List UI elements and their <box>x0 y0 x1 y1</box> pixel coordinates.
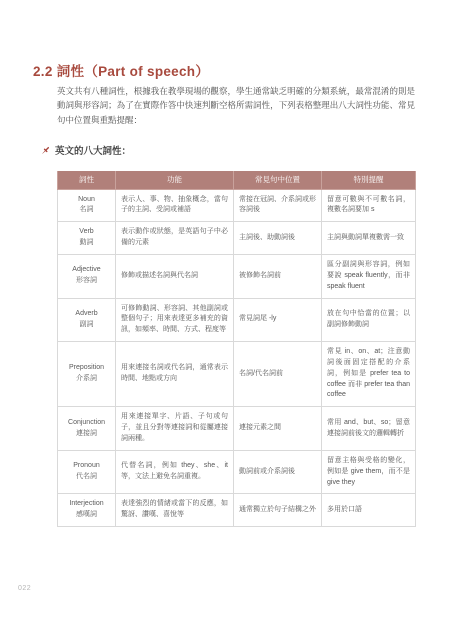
pos-english: Noun <box>60 195 113 206</box>
pos-name-cell: Adjective 形容詞 <box>58 255 116 299</box>
table-row: Interjection 感嘆詞 表達強烈的情緒或當下的反應，如驚訝、讚嘆、喜悅… <box>58 494 416 527</box>
table-row: Preposition 介系詞 用來連接名詞或代名詞，通常表示時間、地點或方向 … <box>58 342 416 407</box>
table-row: Noun 名詞 表示人、事、物、抽象概念，當句子的主詞、受詞或補語 常接在冠詞、… <box>58 189 416 222</box>
table-row: Adjective 形容詞 修飾或描述名詞與代名詞 被修飾名詞前 區分副詞與形容… <box>58 255 416 299</box>
function-cell: 可修飾動詞、形容詞、其他副詞或整個句子；用來表達更多補充的資訊，如頻率、時間、方… <box>116 298 234 342</box>
position-cell: 常接在冠詞、介系詞或形容詞後 <box>234 189 322 222</box>
position-cell: 主詞後、助動詞後 <box>234 222 322 255</box>
reminder-cell: 常用 and、but、so；留意連接詞前後文的邏輯轉折 <box>322 407 416 451</box>
pos-name-cell: Adverb 副詞 <box>58 298 116 342</box>
pos-english: Preposition <box>60 363 113 374</box>
pos-english: Adjective <box>60 265 113 276</box>
column-header-function: 功能 <box>116 171 234 189</box>
pos-chinese: 感嘆詞 <box>60 510 113 521</box>
section-heading: 英文的八大詞性： <box>40 143 131 157</box>
reminder-cell: 區分副詞與形容詞，例如要說 speak fluently，而非 speak fl… <box>322 255 416 299</box>
table-row: Conjunction 連接詞 用來連接單字、片語、子句或句子，並且分對等連接詞… <box>58 407 416 451</box>
reminder-cell: 放在句中恰當的位置；以副詞修飾動詞 <box>322 298 416 342</box>
position-cell: 常見詞尾 -ly <box>234 298 322 342</box>
page-number: 022 <box>18 585 31 592</box>
pos-name-cell: Noun 名詞 <box>58 189 116 222</box>
page-title: 2.2 詞性（Part of speech） <box>33 60 209 80</box>
function-cell: 表示動作或狀態，是英語句子中必備的元素 <box>116 222 234 255</box>
pos-chinese: 形容詞 <box>60 276 113 287</box>
column-header-position: 常見句中位置 <box>234 171 322 189</box>
pos-english: Adverb <box>60 309 113 320</box>
pos-name-cell: Preposition 介系詞 <box>58 342 116 407</box>
column-header-reminder: 特別提醒 <box>322 171 416 189</box>
pos-chinese: 介系詞 <box>60 374 113 385</box>
position-cell: 連接元素之間 <box>234 407 322 451</box>
pos-english: Conjunction <box>60 418 113 429</box>
book-page: 2.2 詞性（Part of speech） 英文共有八種詞性，根據我在教學現場… <box>0 0 450 630</box>
function-cell: 代替名詞，例如 they、she、it 等，文法上避免名詞重複。 <box>116 450 234 494</box>
function-cell: 表示人、事、物、抽象概念，當句子的主詞、受詞或補語 <box>116 189 234 222</box>
pos-name-cell: Verb 動詞 <box>58 222 116 255</box>
pos-chinese: 連接詞 <box>60 429 113 440</box>
reminder-cell: 留意可數與不可數名詞，複數名詞要加 s <box>322 189 416 222</box>
pos-name-cell: Pronoun 代名詞 <box>58 450 116 494</box>
reminder-cell: 主詞與動詞單複數需一致 <box>322 222 416 255</box>
position-cell: 動詞前或介系詞後 <box>234 450 322 494</box>
pin-icon <box>40 145 51 156</box>
function-cell: 用來連接單字、片語、子句或句子，並且分對等連接詞和從屬連接詞兩種。 <box>116 407 234 451</box>
column-header-pos: 詞性 <box>58 171 116 189</box>
position-cell: 通常獨立於句子結構之外 <box>234 494 322 527</box>
table-header-row: 詞性 功能 常見句中位置 特別提醒 <box>58 171 416 189</box>
intro-paragraph: 英文共有八種詞性，根據我在教學現場的觀察，學生通常缺乏明確的分類系統，最常混淆的… <box>57 84 415 127</box>
position-cell: 被修飾名詞前 <box>234 255 322 299</box>
pos-name-cell: Conjunction 連接詞 <box>58 407 116 451</box>
pos-english: Verb <box>60 227 113 238</box>
position-cell: 名詞/代名詞前 <box>234 342 322 407</box>
table-row: Pronoun 代名詞 代替名詞，例如 they、she、it 等，文法上避免名… <box>58 450 416 494</box>
pos-chinese: 副詞 <box>60 320 113 331</box>
pos-name-cell: Interjection 感嘆詞 <box>58 494 116 527</box>
pos-chinese: 代名詞 <box>60 472 113 483</box>
table-row: Adverb 副詞 可修飾動詞、形容詞、其他副詞或整個句子；用來表達更多補充的資… <box>58 298 416 342</box>
reminder-cell: 留意主格與受格的變化，例如是 give them，而不是 give they <box>322 450 416 494</box>
pos-chinese: 名詞 <box>60 205 113 216</box>
function-cell: 用來連接名詞或代名詞，通常表示時間、地點或方向 <box>116 342 234 407</box>
function-cell: 修飾或描述名詞與代名詞 <box>116 255 234 299</box>
pos-english: Pronoun <box>60 461 113 472</box>
pos-english: Interjection <box>60 499 113 510</box>
pos-chinese: 動詞 <box>60 238 113 249</box>
reminder-cell: 多用於口語 <box>322 494 416 527</box>
reminder-cell: 常見 in、on、at；注意動詞後面固定搭配的介系詞，例如是 prefer te… <box>322 342 416 407</box>
table-row: Verb 動詞 表示動作或狀態，是英語句子中必備的元素 主詞後、助動詞後 主詞與… <box>58 222 416 255</box>
section-heading-label: 英文的八大詞性： <box>55 143 131 157</box>
function-cell: 表達強烈的情緒或當下的反應，如驚訝、讚嘆、喜悅等 <box>116 494 234 527</box>
parts-of-speech-table: 詞性 功能 常見句中位置 特別提醒 Noun 名詞 表示人、事、物、抽象概念，當… <box>57 171 416 527</box>
